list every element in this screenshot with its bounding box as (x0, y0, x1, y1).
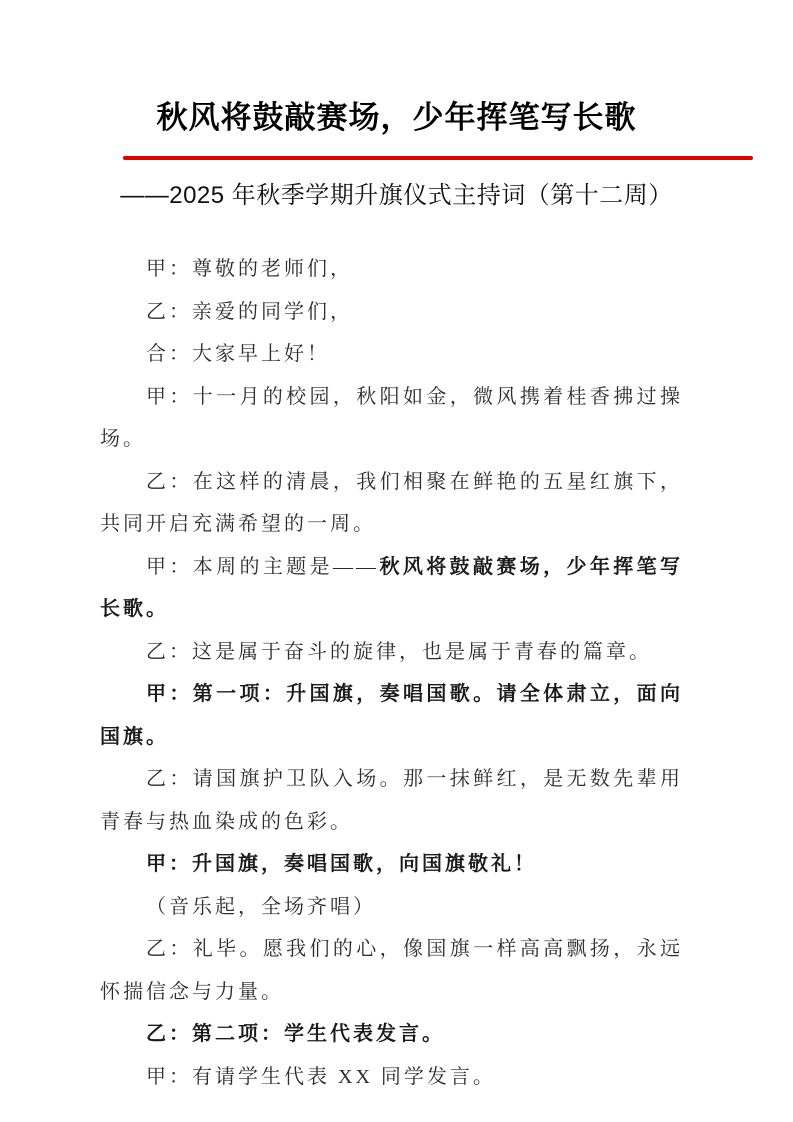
text-segment: 甲：有请学生代表 XX 同学发言。 (146, 1066, 496, 1088)
paragraph: 乙：第二项：学生代表发言。 (100, 1013, 683, 1056)
paragraph: 甲：升国旗，奏唱国歌，向国旗敬礼！ (100, 843, 683, 886)
text-segment: 乙：第二项：学生代表发言。 (146, 1023, 445, 1045)
paragraph: 乙：礼毕。愿我们的心，像国旗一样高高飘扬，永远怀揣信念与力量。 (100, 928, 683, 1013)
paragraph: 乙：这是属于奋斗的旋律，也是属于青春的篇章。 (100, 631, 683, 674)
text-segment: 甲：尊敬的老师们， (146, 258, 353, 280)
text-segment: 甲：十一月的校园，秋阳如金，微风携着桂香拂过操场。 (100, 386, 683, 451)
paragraph: 合：大家早上好！ (100, 333, 683, 376)
text-segment: 乙：亲爱的同学们， (146, 301, 353, 323)
document-title: 秋风将鼓敲赛场，少年挥笔写长歌 (0, 0, 793, 138)
text-segment: 乙：礼毕。愿我们的心，像国旗一样高高飘扬，永远怀揣信念与力量。 (100, 938, 683, 1003)
paragraph: 乙：请国旗护卫队入场。那一抹鲜红，是无数先辈用青春与热血染成的色彩。 (100, 758, 683, 843)
paragraph: 甲：第一项：升国旗，奏唱国歌。请全体肃立，面向国旗。 (100, 673, 683, 758)
paragraph: 甲：有请学生代表 XX 同学发言。 (100, 1056, 683, 1099)
text-segment: 甲：本周的主题是—— (146, 556, 379, 578)
document-body: 甲：尊敬的老师们，乙：亲爱的同学们，合：大家早上好！甲：十一月的校园，秋阳如金，… (100, 248, 683, 1098)
text-segment: 乙：请国旗护卫队入场。那一抹鲜红，是无数先辈用青春与热血染成的色彩。 (100, 768, 683, 833)
text-segment: 甲：第一项：升国旗，奏唱国歌。请全体肃立，面向国旗。 (100, 683, 683, 748)
paragraph: 甲：十一月的校园，秋阳如金，微风携着桂香拂过操场。 (100, 376, 683, 461)
paragraph: 甲：尊敬的老师们， (100, 248, 683, 291)
document-page: 秋风将鼓敲赛场，少年挥笔写长歌 ——2025 年秋季学期升旗仪式主持词（第十二周… (0, 0, 793, 1122)
text-segment: （音乐起，全场齐唱） (146, 896, 376, 918)
paragraph: 乙：在这样的清晨，我们相聚在鲜艳的五星红旗下，共同开启充满希望的一周。 (100, 461, 683, 546)
text-segment: 乙：这是属于奋斗的旋律，也是属于青春的篇章。 (146, 641, 652, 663)
text-segment: 合：大家早上好！ (146, 343, 330, 365)
text-segment: 甲：升国旗，奏唱国歌，向国旗敬礼！ (146, 853, 537, 875)
text-segment: 乙：在这样的清晨，我们相聚在鲜艳的五星红旗下，共同开启充满希望的一周。 (100, 471, 683, 536)
paragraph: 乙：亲爱的同学们， (100, 291, 683, 334)
paragraph: 甲：本周的主题是——秋风将鼓敲赛场，少年挥笔写长歌。 (100, 546, 683, 631)
title-underline-rule (123, 156, 753, 160)
document-subtitle: ——2025 年秋季学期升旗仪式主持词（第十二周） (0, 181, 793, 211)
paragraph: （音乐起，全场齐唱） (100, 886, 683, 929)
